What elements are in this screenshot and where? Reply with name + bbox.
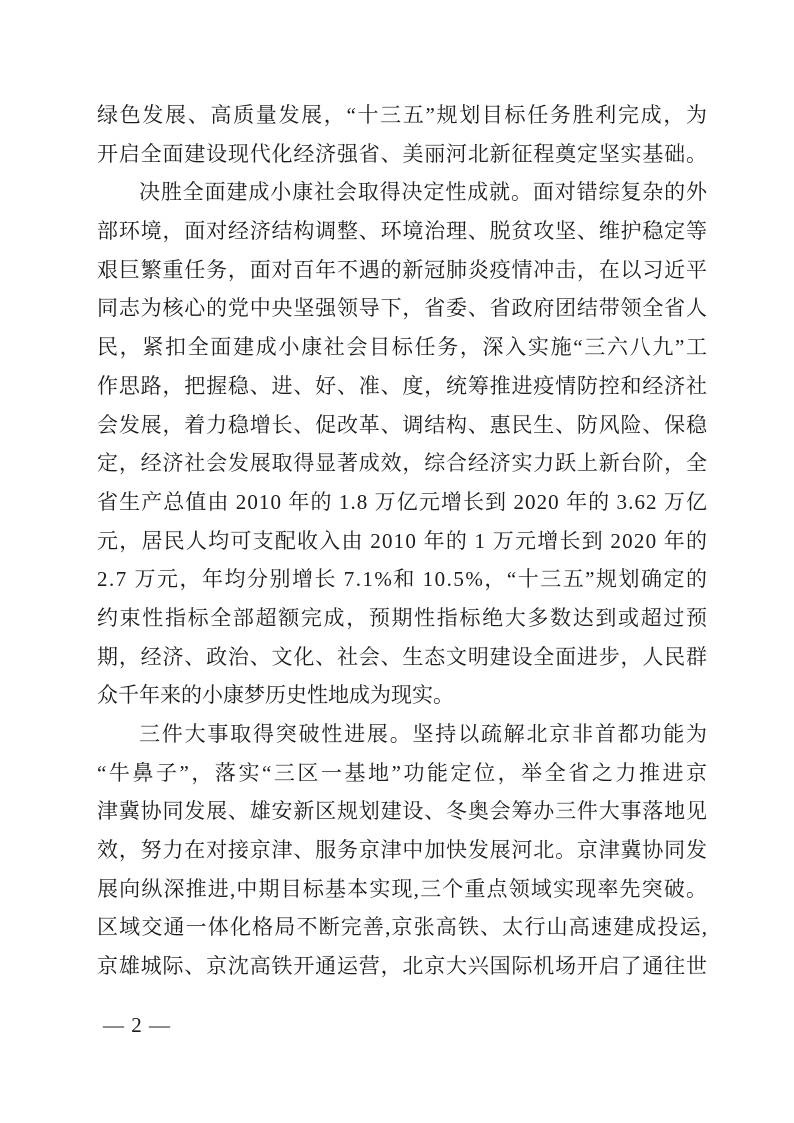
text-line: 京雄城际、京沈高铁开通运营，北京大兴国际机场开启了通往世 [97,947,707,986]
page-number: — 2 — [103,1011,171,1039]
text-line: 艰巨繁重任务，面对百年不遇的新冠肺炎疫情冲击，在以习近平 [97,251,707,290]
text-line-content: 同志为核心的党中央坚强领导下，省委、省政府团结带领全省人 [97,289,708,328]
text-line-content: 效，努力在对接京津、服务京津中加快发展河北。京津冀协同发 [97,831,708,870]
text-line-content: “牛鼻子”，落实“三区一基地”功能定位，举全省之力推进京 [97,754,710,793]
text-line: 同志为核心的党中央坚强领导下，省委、省政府团结带领全省人 [97,289,707,328]
text-line-content: 期，经济、政治、文化、社会、生态文明建设全面进步，人民群 [97,638,708,677]
text-line: 津冀协同发展、雄安新区规划建设、冬奥会筹办三件大事落地见 [97,792,707,831]
text-line-content: 省生产总值由 2010 年的 1.8 万亿元增长到 2020 年的 3.62 万… [97,483,708,522]
document-body: 绿色发展、高质量发展，“十三五”规划目标任务胜利完成，为开启全面建设现代化经济强… [97,96,707,986]
text-line-content: 作思路，把握稳、进、好、准、度，统筹推进疫情防控和经济社 [97,367,708,406]
text-line-content: 开启全面建设现代化经济强省、美丽河北新征程奠定坚实基础。 [97,135,708,174]
text-line-content: 众千年来的小康梦历史性地成为现实。 [97,676,454,715]
text-line-content: 京雄城际、京沈高铁开通运营，北京大兴国际机场开启了通往世 [97,947,708,986]
text-line-content: 部环境，面对经济结构调整、环境治理、脱贫攻坚、维护稳定等 [97,212,708,251]
text-line: 会发展，着力稳增长、促改革、调结构、惠民生、防风险、保稳 [97,406,707,445]
text-line-content: 2.7 万元，年均分别增长 7.1%和 10.5%，“十三五”规划确定的 [97,560,708,599]
document-page: 绿色发展、高质量发展，“十三五”规划目标任务胜利完成，为开启全面建设现代化经济强… [0,0,794,1123]
text-line: 绿色发展、高质量发展，“十三五”规划目标任务胜利完成，为 [97,96,707,135]
text-line: 决胜全面建成小康社会取得决定性成就。面对错综复杂的外 [97,173,707,212]
text-line-content: 元，居民人均可支配收入由 2010 年的 1 万元增长到 2020 年的 [97,522,708,561]
text-line: 元，居民人均可支配收入由 2010 年的 1 万元增长到 2020 年的 [97,522,707,561]
text-line: 期，经济、政治、文化、社会、生态文明建设全面进步，人民群 [97,638,707,677]
text-line: “牛鼻子”，落实“三区一基地”功能定位，举全省之力推进京 [97,754,707,793]
text-line-content: 艰巨繁重任务，面对百年不遇的新冠肺炎疫情冲击，在以习近平 [97,251,708,290]
text-line: 效，努力在对接京津、服务京津中加快发展河北。京津冀协同发 [97,831,707,870]
text-line: 三件大事取得突破性进展。坚持以疏解北京非首都功能为 [97,715,707,754]
text-line-content: 三件大事取得突破性进展。坚持以疏解北京非首都功能为 [139,715,709,754]
text-line-content: 会发展，着力稳增长、促改革、调结构、惠民生、防风险、保稳 [97,406,708,445]
text-line: 开启全面建设现代化经济强省、美丽河北新征程奠定坚实基础。 [97,135,707,174]
text-line: 2.7 万元，年均分别增长 7.1%和 10.5%，“十三五”规划确定的 [97,560,707,599]
text-line: 约束性指标全部超额完成，预期性指标绝大多数达到或超过预 [97,599,707,638]
text-line: 区域交通一体化格局不断完善,京张高铁、太行山高速建成投运, [97,908,707,947]
text-line-content: 绿色发展、高质量发展，“十三五”规划目标任务胜利完成，为 [97,96,709,135]
text-line-content: 展向纵深推进,中期目标基本实现,三个重点领域实现率先突破。 [97,870,708,909]
text-line-content: 约束性指标全部超额完成，预期性指标绝大多数达到或超过预 [97,599,709,638]
text-line: 民，紧扣全面建成小康社会目标任务，深入实施“三六八九”工 [97,328,707,367]
text-line: 作思路，把握稳、进、好、准、度，统筹推进疫情防控和经济社 [97,367,707,406]
text-line-content: 定，经济社会发展取得显著成效，综合经济实力跃上新台阶，全 [97,444,708,483]
text-line-content: 区域交通一体化格局不断完善,京张高铁、太行山高速建成投运, [97,908,708,947]
text-line-content: 津冀协同发展、雄安新区规划建设、冬奥会筹办三件大事落地见 [97,792,708,831]
text-line-content: 决胜全面建成小康社会取得决定性成就。面对错综复杂的外 [139,173,708,212]
text-line: 众千年来的小康梦历史性地成为现实。 [97,676,707,715]
text-line: 省生产总值由 2010 年的 1.8 万亿元增长到 2020 年的 3.62 万… [97,483,707,522]
text-line-content: 民，紧扣全面建成小康社会目标任务，深入实施“三六八九”工 [97,328,709,367]
text-line: 定，经济社会发展取得显著成效，综合经济实力跃上新台阶，全 [97,444,707,483]
text-line: 展向纵深推进,中期目标基本实现,三个重点领域实现率先突破。 [97,870,707,909]
text-line: 部环境，面对经济结构调整、环境治理、脱贫攻坚、维护稳定等 [97,212,707,251]
